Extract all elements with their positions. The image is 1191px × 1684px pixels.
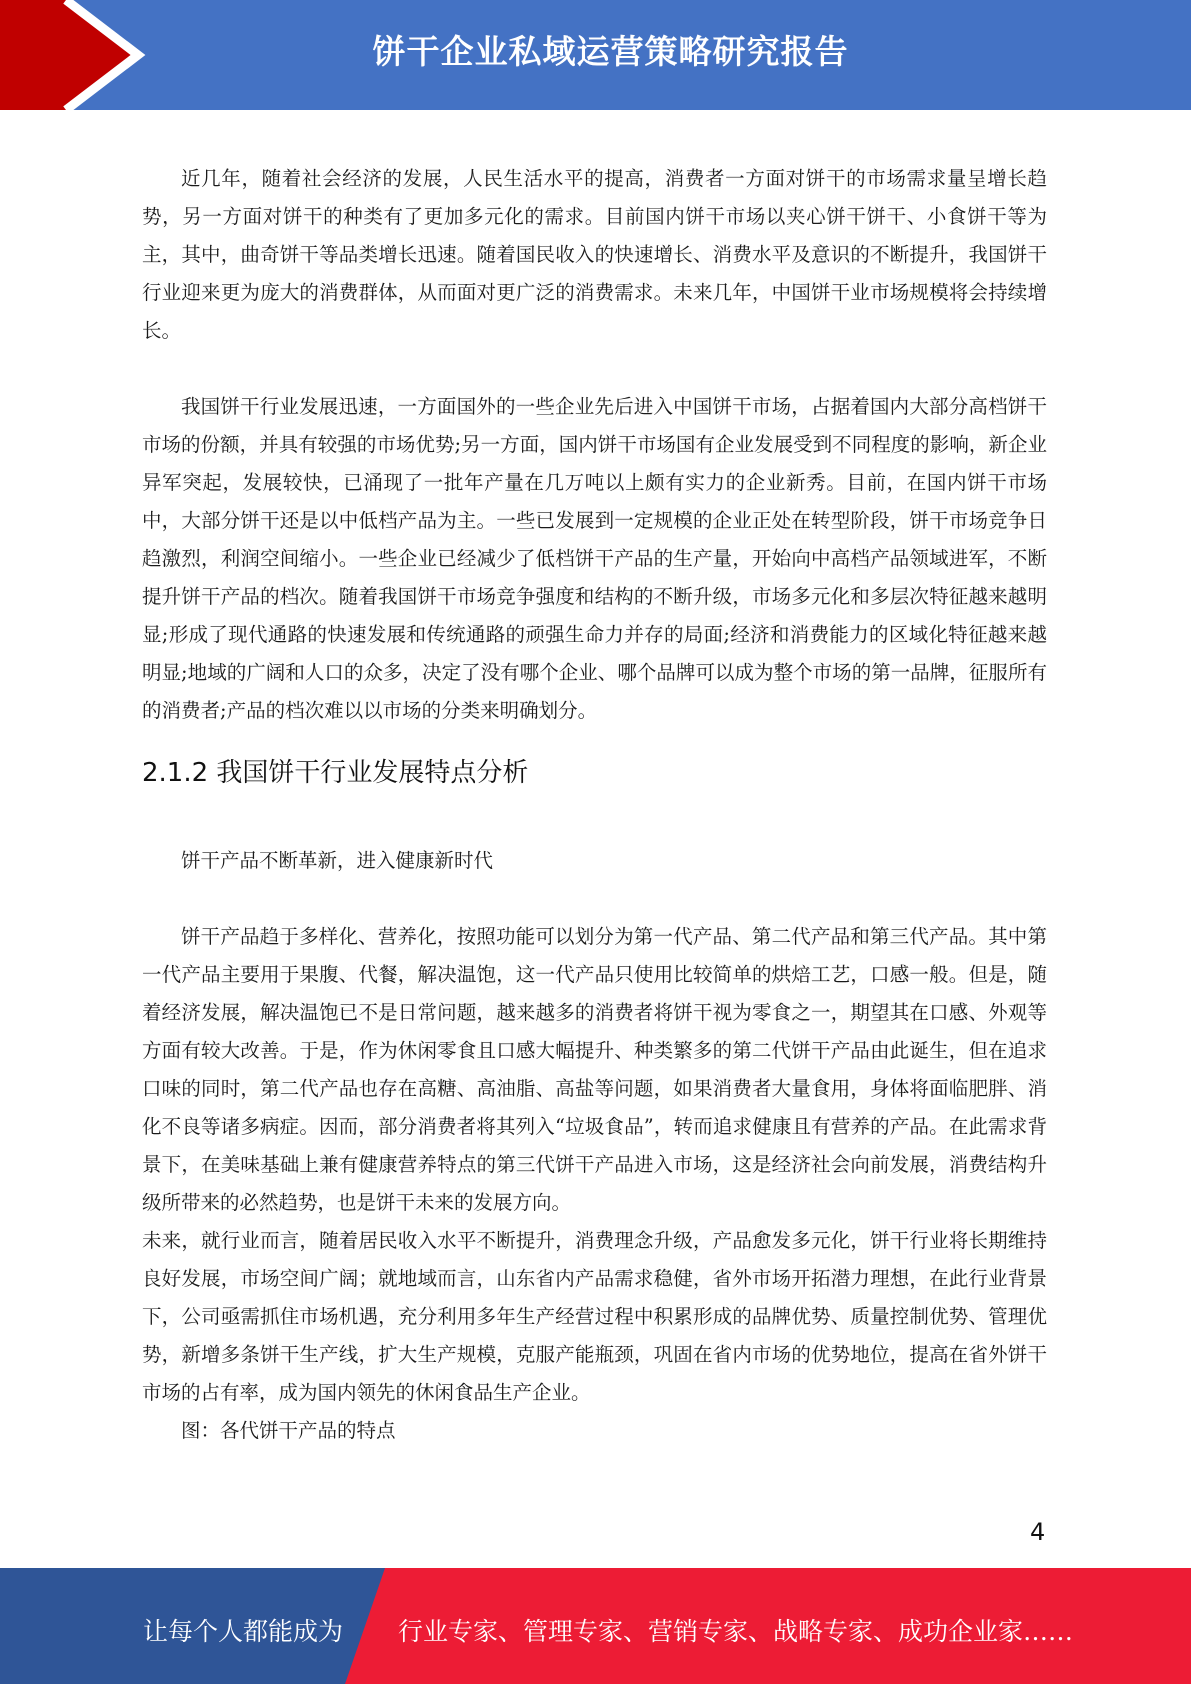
footer-slogan-right: 行业专家、管理专家、营销专家、战略专家、成功企业家…… [398, 1612, 1073, 1648]
paragraph: 未来，就行业而言，随着居民收入水平不断提升，消费理念升级，产品愈发多元化，饼干行… [142, 1222, 1047, 1412]
subheading: 饼干产品不断革新，进入健康新时代 [142, 842, 1047, 880]
paragraph: 我国饼干行业发展迅速，一方面国外的一些企业先后进入中国饼干市场，占据着国内大部分… [142, 388, 1047, 730]
report-title: 饼干企业私域运营策略研究报告 [0, 26, 1191, 73]
paragraph-spacer [142, 350, 1047, 388]
page-number: 4 [1030, 1518, 1045, 1546]
section-heading: 2.1.2 我国饼干行业发展特点分析 [142, 752, 528, 789]
paragraph: 近几年，随着社会经济的发展，人民生活水平的提高，消费者一方面对饼干的市场需求量呈… [142, 160, 1047, 350]
footer-banner: 让每个人都能成为 行业专家、管理专家、营销专家、战略专家、成功企业家…… [0, 1568, 1191, 1684]
body-text-section-1: 近几年，随着社会经济的发展，人民生活水平的提高，消费者一方面对饼干的市场需求量呈… [142, 160, 1047, 730]
figure-caption: 图：各代饼干产品的特点 [142, 1412, 1047, 1450]
footer-slogan-left: 让每个人都能成为 [143, 1612, 343, 1648]
report-header-banner: 饼干企业私域运营策略研究报告 [0, 0, 1191, 110]
paragraph: 饼干产品趋于多样化、营养化，按照功能可以划分为第一代产品、第二代产品和第三代产品… [142, 918, 1047, 1222]
body-text-section-2: 饼干产品趋于多样化、营养化，按照功能可以划分为第一代产品、第二代产品和第三代产品… [142, 918, 1047, 1450]
